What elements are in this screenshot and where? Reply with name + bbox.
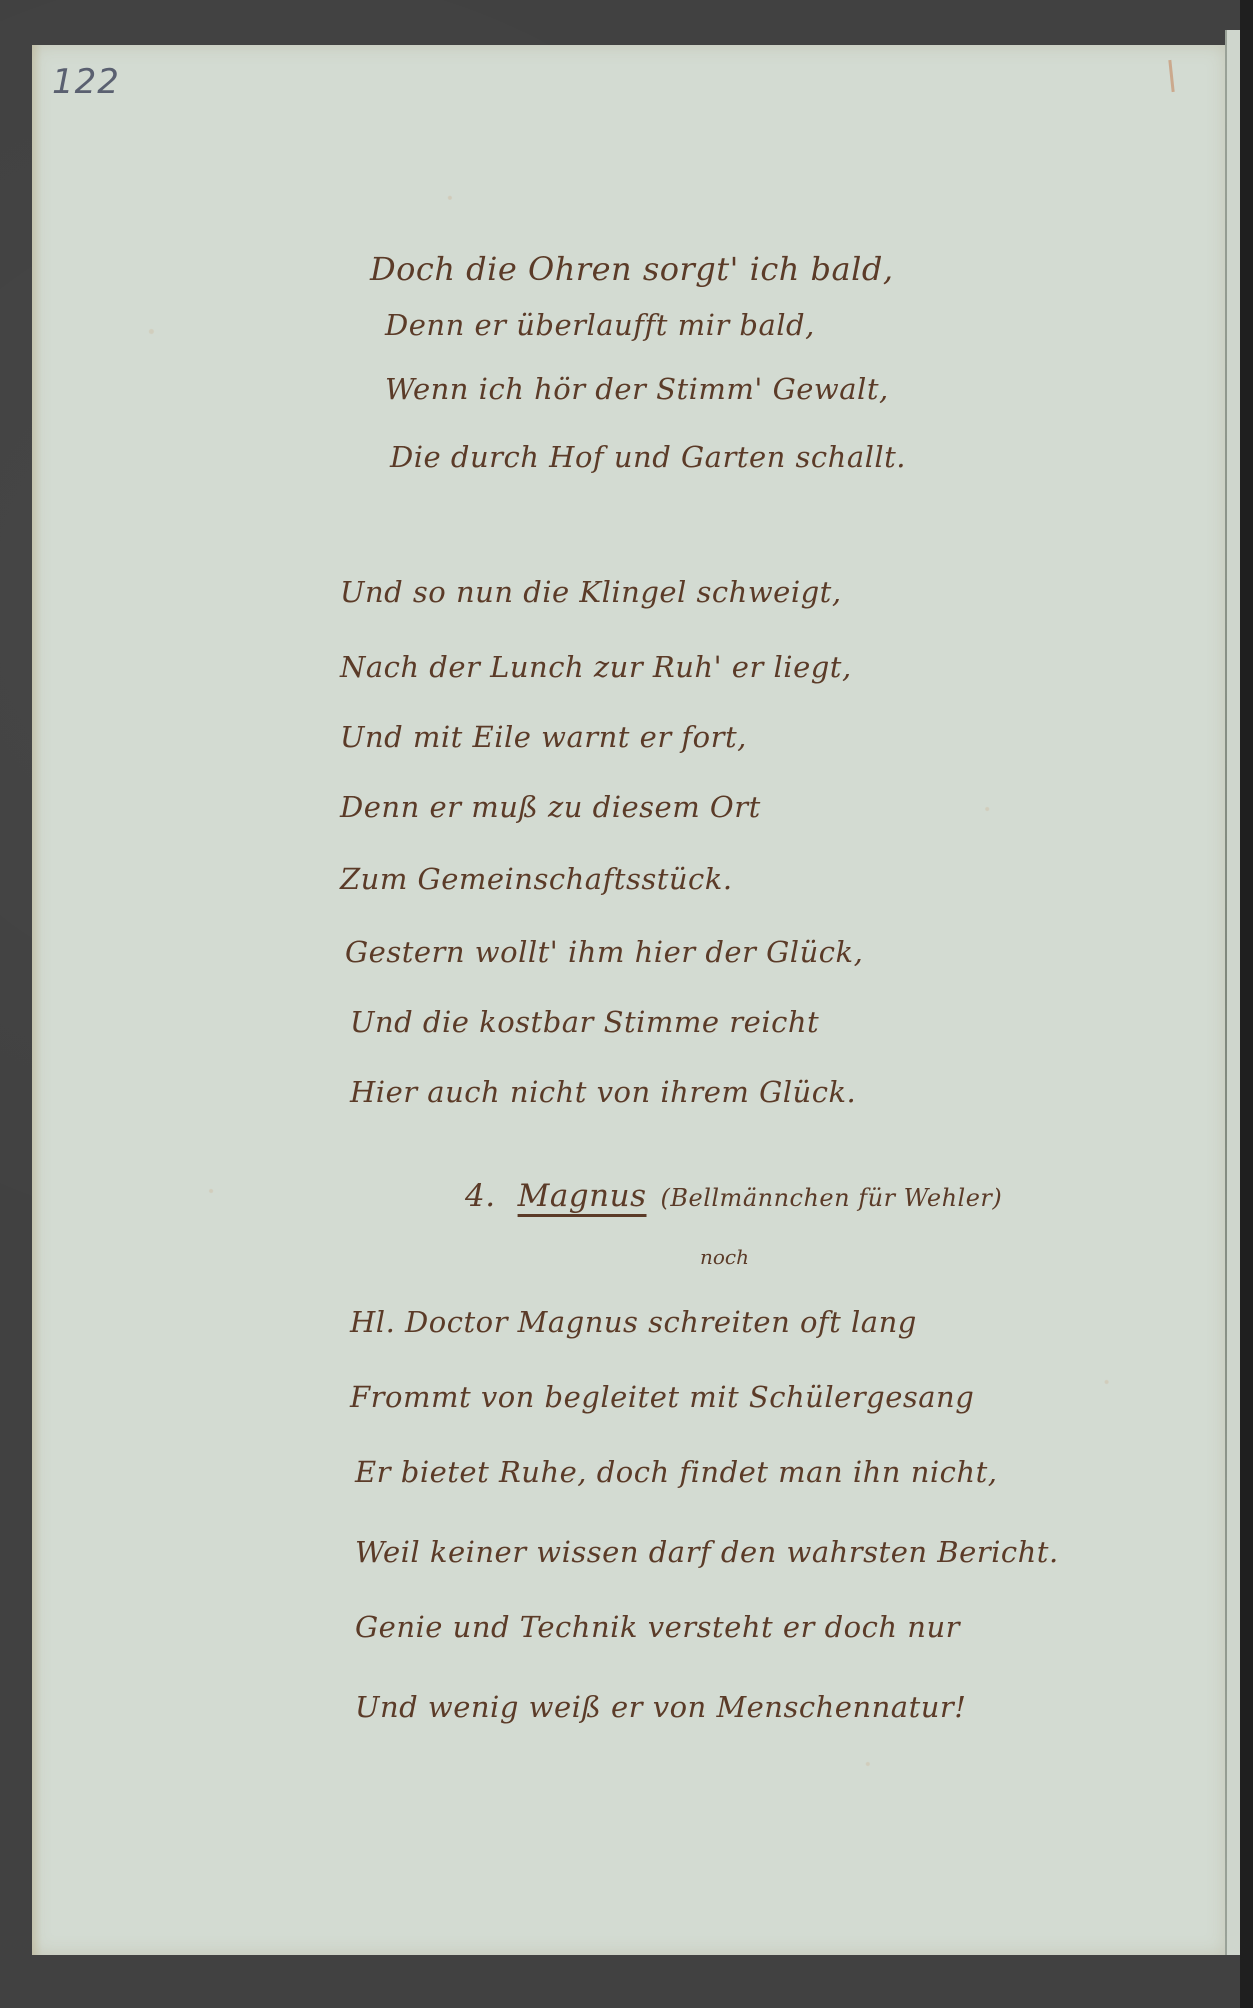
stanza-2-line-8: Hier auch nicht von ihrem Glück. [350, 1075, 856, 1109]
section-line-1: Hl. Doctor Magnus schreiten oft lang [350, 1305, 917, 1339]
stanza-2-line-6: Gestern wollt' ihm hier der Glück, [345, 935, 863, 969]
section-line-3: Er bietet Ruhe, doch findet man ihn nich… [355, 1455, 997, 1489]
section-subtitle: (Bellmännchen für Wehler) [661, 1184, 1003, 1212]
stanza-1-line-1: Doch die Ohren sorgt' ich bald, [370, 250, 894, 288]
stanza-2-line-7: Und die kostbar Stimme reicht [350, 1005, 819, 1039]
stanza-2-line-1: Und so nun die Klingel schweigt, [340, 575, 842, 609]
section-line-2: Frommt von begleitet mit Schülergesang [350, 1380, 974, 1414]
stanza-2-line-4: Denn er muß zu diesem Ort [340, 790, 761, 824]
section-title: Magnus [518, 1178, 647, 1214]
section-line-5: Genie und Technik versteht er doch nur [355, 1610, 960, 1644]
interlinear-insertion: noch [700, 1245, 749, 1269]
stanza-1-line-3: Wenn ich hör der Stimm' Gewalt, [385, 372, 889, 406]
stanza-2-line-3: Und mit Eile warnt er fort, [340, 720, 747, 754]
folio-number: 122 [52, 62, 120, 102]
page-gutter-fold [1225, 30, 1227, 1955]
scan-edge-strip [1240, 0, 1253, 2008]
section-number: 4. [465, 1178, 496, 1214]
stanza-2-line-5: Zum Gemeinschaftsstück. [340, 862, 733, 896]
section-line-6: Und wenig weiß er von Menschennatur! [355, 1690, 966, 1724]
section-line-4: Weil keiner wissen darf den wahrsten Ber… [355, 1535, 1059, 1569]
section-heading: 4.Magnus(Bellmännchen für Wehler) [465, 1178, 1002, 1214]
facing-page-edge [1227, 30, 1240, 1955]
stanza-2-line-2: Nach der Lunch zur Ruh' er liegt, [340, 650, 852, 684]
stanza-1-line-4: Die durch Hof und Garten schallt. [390, 440, 906, 474]
stanza-1-line-2: Denn er überlaufft mir bald, [385, 308, 815, 342]
